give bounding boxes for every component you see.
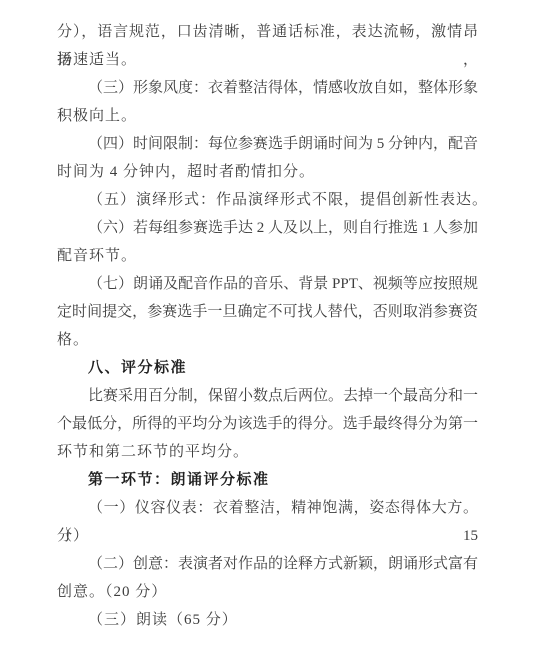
text-line: 比赛采用百分制，保留小数点后两位。去掉一个最高分和一 <box>57 382 478 410</box>
text-line: （三）朗读（65 分） <box>57 606 478 634</box>
text-line: 格。 <box>57 326 478 354</box>
text-line: 定时间提交，参赛选手一旦确定不可找人替代，否则取消参赛资 <box>57 298 478 326</box>
text-line: 时间为 4 分钟内，超时者酌情扣分。 <box>57 158 478 186</box>
text-line: 配音环节。 <box>57 242 478 270</box>
text-line: （七）朗诵及配音作品的音乐、背景 PPT、视频等应按照规 <box>57 270 478 298</box>
text-line: （五）演绎形式：作品演绎形式不限，提倡创新性表达。 <box>57 186 478 214</box>
text-line: （三）形象风度：衣着整洁得体，情感收放自如，整体形象 <box>57 74 478 102</box>
text-block: 分），语言规范，口齿清晰，普通话标准，表达流畅，激情昂扬，语速适当。（三）形象风… <box>57 18 478 634</box>
section-heading: 八、评分标准 <box>57 354 478 382</box>
section-heading: 第一环节：朗诵评分标准 <box>57 466 478 494</box>
text-line: （一）仪容仪表：衣着整洁，精神饱满，姿态得体大方。（15 <box>57 494 478 522</box>
text-line: （二）创意：表演者对作品的诠释方式新颖，朗诵形式富有 <box>57 550 478 578</box>
document-page: 分），语言规范，口齿清晰，普通话标准，表达流畅，激情昂扬，语速适当。（三）形象风… <box>0 0 535 657</box>
text-line: 创意。（20 分） <box>57 578 478 606</box>
text-line: （四）时间限制：每位参赛选手朗诵时间为 5 分钟内，配音 <box>57 130 478 158</box>
text-line: （六）若每组参赛选手达 2 人及以上，则自行推选 1 人参加 <box>57 214 478 242</box>
text-line: 分），语言规范，口齿清晰，普通话标准，表达流畅，激情昂扬， <box>57 18 478 46</box>
text-line: 积极向上。 <box>57 102 478 130</box>
text-line: 环节和第二环节的平均分。 <box>57 438 478 466</box>
text-line: 个最低分，所得的平均分为该选手的得分。选手最终得分为第一 <box>57 410 478 438</box>
